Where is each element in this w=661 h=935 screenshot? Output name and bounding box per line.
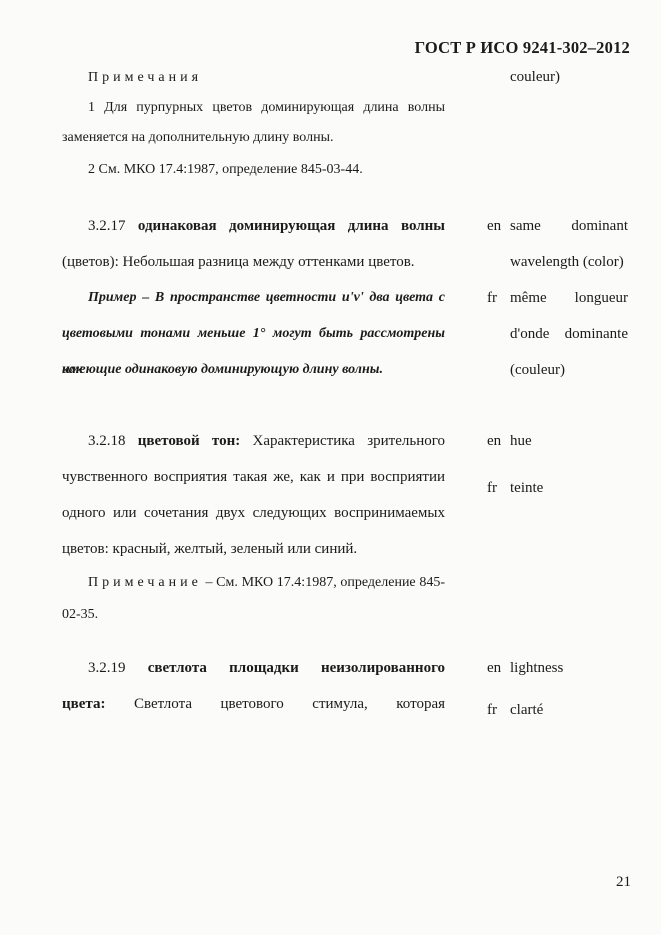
term-3-2-19-term: светлота площадки неизолированного <box>148 660 445 676</box>
translations-3-2-19: en lightness fr clarté <box>487 650 632 728</box>
page-number: 21 <box>616 868 631 896</box>
translations-3-2-18: en hue fr teinte <box>487 423 632 506</box>
note-2: 2 См. МКО 17.4:1987, определение 845-03-… <box>62 153 445 187</box>
note-text: – См. МКО 17.4:1987, определение 845- <box>205 575 445 590</box>
translation-en-term: same dominant wavelength (color) <box>510 208 628 280</box>
term-3-2-18-note-line-2: 02-35. <box>62 599 445 631</box>
term-3-2-18-number: 3.2.18 <box>88 433 126 449</box>
translations-3-2-17: en same dominant wavelength (color) fr m… <box>487 208 632 388</box>
term-3-2-17-term: одинаковая доминирующая длина волны <box>138 218 445 234</box>
translation-en-term: hue <box>510 423 628 459</box>
translation-en: en hue <box>487 423 632 459</box>
document-page: ГОСТ Р ИСО 9241-302–2012 couleur) Примеч… <box>0 0 661 935</box>
term-3-2-19: 3.2.19 светлота площадки неизолированног… <box>62 650 445 722</box>
term-3-2-18-def-start: Характеристика зрительного <box>253 433 446 449</box>
term-3-2-19-term-cont: цвета: <box>62 696 105 712</box>
notes-heading: Примечания <box>62 62 445 93</box>
term-3-2-17-definition-line: (цветов): Небольшая разница между оттенк… <box>62 244 445 280</box>
translation-en-term: lightness <box>510 650 628 686</box>
term-3-2-17-number: 3.2.17 <box>88 218 126 234</box>
term-3-2-18-definition-line-4: цветов: красный, желтый, зеленый или син… <box>62 531 445 567</box>
term-3-2-19-def-start: Светлота цветового стимула, которая <box>134 696 445 712</box>
term-3-2-18: 3.2.18 цветовой тон: Характеристика зрит… <box>62 423 445 631</box>
term-3-2-19-title-line: 3.2.19 светлота площадки неизолированног… <box>62 650 445 686</box>
lang-label-en: en <box>487 208 510 280</box>
note-1-line-1: 1 Для пурпурных цветов доминирующая длин… <box>62 93 445 123</box>
translation-en: en lightness <box>487 650 632 686</box>
term-3-2-17-example-line-1: Пример – В пространстве цветности u'v' д… <box>62 280 445 316</box>
note-label: Примечание <box>88 575 202 590</box>
term-3-2-18-note-line-1: Примечание – См. МКО 17.4:1987, определе… <box>62 567 445 599</box>
term-3-2-17: 3.2.17 одинаковая доминирующая длина вол… <box>62 208 445 388</box>
translation-fr-term: teinte <box>510 470 628 506</box>
translation-fr: fr clarté <box>487 692 632 728</box>
term-3-2-19-definition-line: цвета: Светлота цветового стимула, котор… <box>62 686 445 722</box>
term-3-2-17-example-line-3: имеющие одинаковую доминирующую длину во… <box>62 352 445 388</box>
notes-block: Примечания 1 Для пурпурных цветов домини… <box>62 62 445 187</box>
term-3-2-18-definition-line-2: чувственного восприятия такая же, как и … <box>62 459 445 495</box>
lang-label-fr: fr <box>487 692 510 728</box>
term-3-2-18-definition-line-3: одного или сочетания двух следующих восп… <box>62 495 445 531</box>
translation-fr: fr teinte <box>487 470 632 506</box>
term-3-2-18-term: цветовой тон: <box>138 433 240 449</box>
translation-en: en same dominant wavelength (color) <box>487 208 632 280</box>
translation-fr-term: clarté <box>510 692 628 728</box>
lang-label-fr: fr <box>487 470 510 506</box>
notes-heading-label: Примечания <box>88 70 202 85</box>
note-1-line-2: заменяется на дополнительную длину волны… <box>62 123 445 153</box>
page-header-title: ГОСТ Р ИСО 9241-302–2012 <box>415 36 630 60</box>
lang-label-en: en <box>487 423 510 459</box>
lang-label-fr: fr <box>487 280 510 388</box>
term-3-2-19-number: 3.2.19 <box>88 660 126 676</box>
translation-fr: fr même longueur d'onde dominante (coule… <box>487 280 632 388</box>
lang-label-en: en <box>487 650 510 686</box>
carryover-fr-translation: couleur) <box>510 62 560 93</box>
term-3-2-17-title-line: 3.2.17 одинаковая доминирующая длина вол… <box>62 208 445 244</box>
term-3-2-18-title-line: 3.2.18 цветовой тон: Характеристика зрит… <box>62 423 445 459</box>
term-3-2-17-example-line-2: цветовыми тонами меньше 1° могут быть ра… <box>62 316 445 352</box>
translation-fr-term: même longueur d'onde dominante (couleur) <box>510 280 628 388</box>
